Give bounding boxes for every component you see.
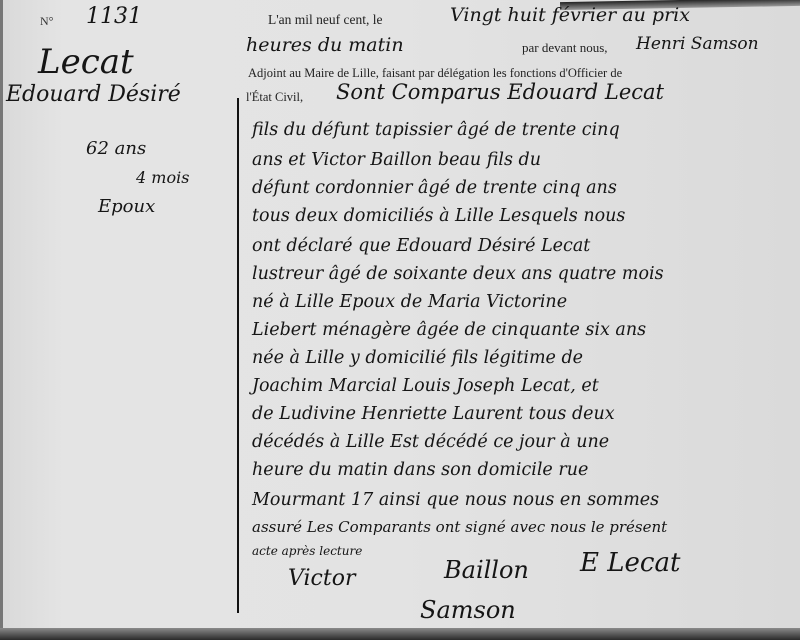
margin-age-months: 4 mois [136,168,189,187]
scan-shadow-bottom [0,628,800,640]
body-line: Liebert ménagère âgée de cinquante six a… [252,320,646,340]
printed-before-us: par devant nous, [522,40,608,56]
printed-adjoint-line: Adjoint au Maire de Lille, faisant par d… [248,66,622,81]
body-line: Joachim Marcial Louis Joseph Lecat, et [252,376,599,396]
scan-edge-left [0,0,3,640]
body-line: ans et Victor Baillon beau fils du [252,150,541,170]
body-line: de Ludivine Henriette Laurent tous deux [252,404,615,424]
margin-age-years: 62 ans [86,138,146,159]
body-line: lustreur âgé de soixante deux ans quatre… [252,264,664,284]
handwritten-hour: heures du matin [246,34,404,56]
body-line: acte après lecture [252,544,362,558]
body-line: fils du défunt tapissier âgé de trente c… [252,120,620,140]
printed-etat-civil: l'État Civil, [246,90,303,105]
signature-baillon: Baillon [444,556,529,584]
handwritten-date: Vingt huit février au prix [450,4,690,26]
signature-victor: Victor [288,566,355,591]
scanned-document-page: N° 1131 Lecat Edouard Désiré 62 ans 4 mo… [0,0,800,640]
margin-rule-line [237,98,239,613]
handwritten-official-name: Henri Samson [636,34,759,54]
body-line: ont déclaré que Edouard Désiré Lecat [252,236,590,256]
signature-lecat: E Lecat [580,548,680,578]
margin-given-names: Edouard Désiré [6,82,181,107]
record-number-label: N° [40,14,53,29]
body-line: assuré Les Comparants ont signé avec nou… [252,518,667,536]
handwritten-comparants: Sont Comparus Edouard Lecat [336,80,664,104]
printed-year-line: L'an mil neuf cent, le [268,12,383,28]
body-line: née à Lille y domicilié fils légitime de [252,348,583,368]
body-line: heure du matin dans son domicile rue [252,460,588,480]
margin-surname: Lecat [38,42,134,82]
record-number: 1131 [86,4,142,29]
body-line: né à Lille Epoux de Maria Victorine [252,292,567,312]
body-line: décédés à Lille Est décédé ce jour à une [252,432,609,452]
signature-samson: Samson [420,596,516,624]
margin-marital-status: Epoux [98,196,155,217]
body-line: défunt cordonnier âgé de trente cinq ans [252,178,617,198]
body-line: tous deux domiciliés à Lille Lesquels no… [252,206,625,226]
body-line: Mourmant 17 ainsi que nous nous en somme… [252,490,659,510]
